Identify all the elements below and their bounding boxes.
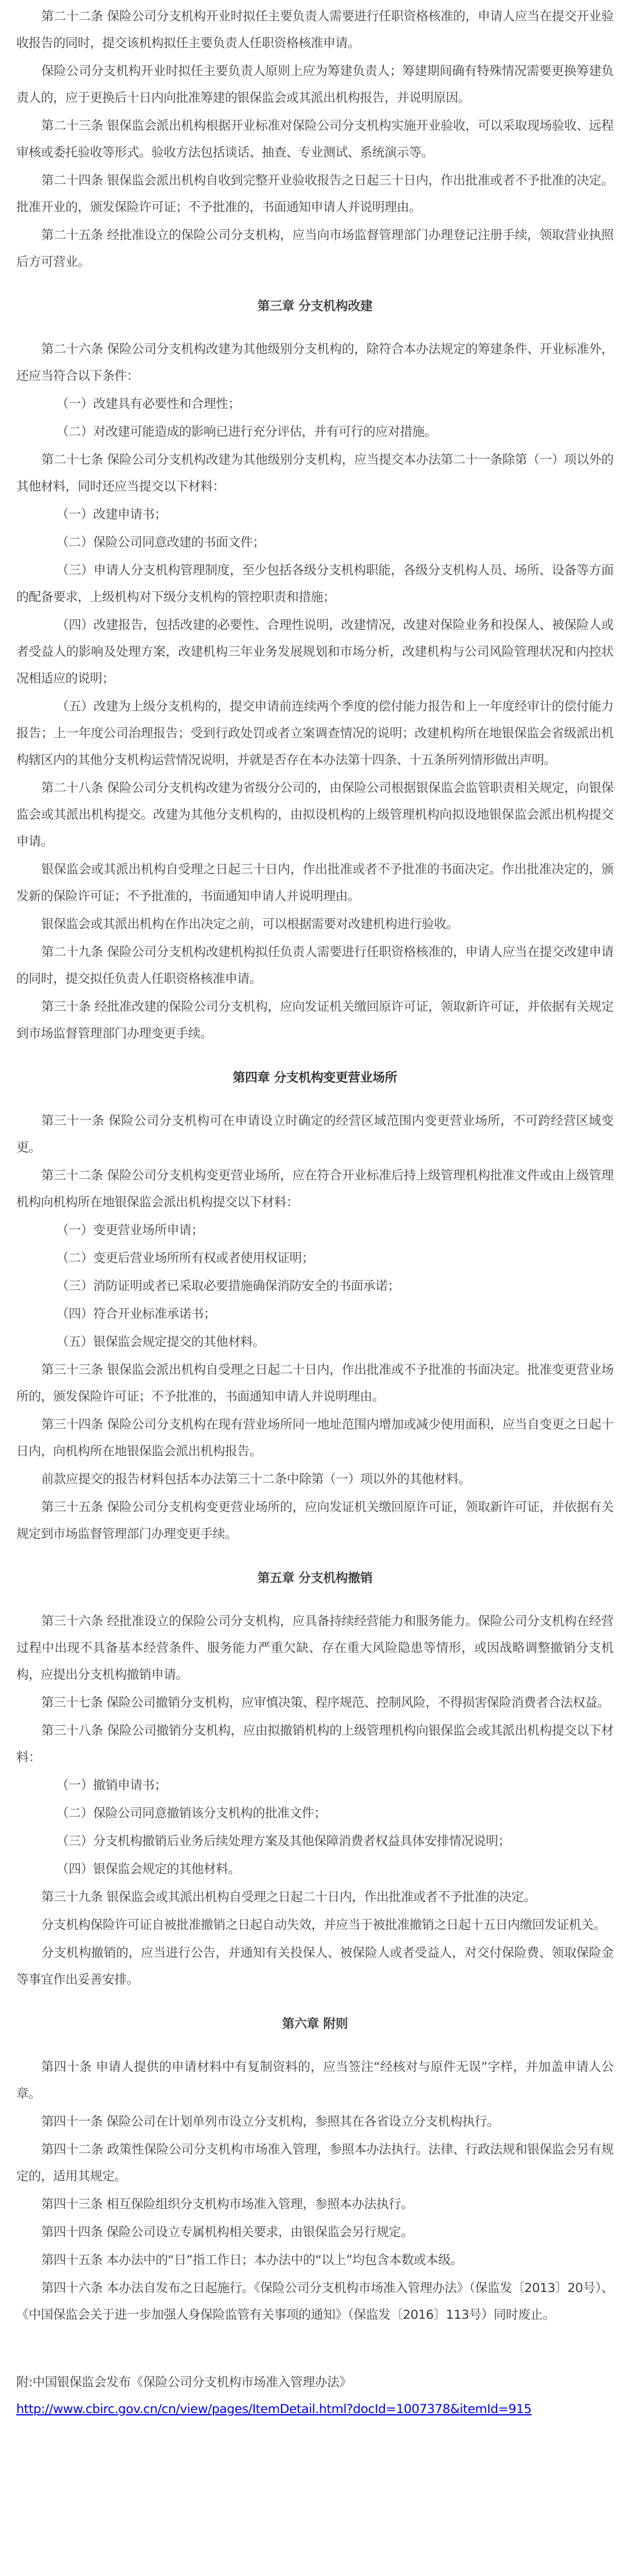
article-paragraph: 第三十四条 保险公司分支机构在现有营业场所同一地址范围内增加或减少使用面积，应当… [16, 1412, 614, 1465]
article-paragraph: 第二十三条 银保监会派出机构根据开业标准对保险公司分支机构实施开业验收，可以采取… [16, 113, 614, 166]
list-item: （五）改建为上级分支机构的，提交申请前连续两个季度的偿付能力报告和上一年度经审计… [16, 694, 614, 774]
list-item: （四）改建报告，包括改建的必要性、合理性说明，改建情况，改建对保险业务和投保人、… [16, 612, 614, 692]
article-paragraph: 第二十七条 保险公司分支机构改建为其他级别分支机构，应当提交本办法第二十一条除第… [16, 447, 614, 500]
article-paragraph: 第二十二条 保险公司分支机构开业时拟任主要负责人需要进行任职资格核准的，申请人应… [16, 3, 614, 57]
article-paragraph: 第四十四条 保险公司设立专属机构相关要求，由银保监会另行规定。 [16, 2219, 614, 2246]
list-item: （三）申请人分支机构管理制度，至少包括各级分支机构职能，各级分支机构人员、场所、… [16, 557, 614, 611]
chapter-heading: 第四章 分支机构变更营业场所 [16, 1065, 614, 1092]
article-paragraph: 保险公司分支机构开业时拟任主要负责人原则上应为筹建负责人；筹建期间确有特殊情况需… [16, 58, 614, 112]
list-item: （二）保险公司同意改建的书面文件； [16, 530, 614, 556]
article-paragraph: 第四十一条 保险公司在计划单列市设立分支机构，参照其在各省设立分支机构执行。 [16, 2109, 614, 2136]
list-item: （一）改建具有必要性和合理性； [16, 391, 614, 418]
article-paragraph: 第三十六条 经批准设立的保险公司分支机构，应具备持续经营能力和服务能力。保险公司… [16, 1608, 614, 1689]
list-item: （二）对改建可能造成的影响已进行充分评估，并有可行的应对措施。 [16, 419, 614, 446]
article-paragraph: 第四十三条 相互保险组织分支机构市场准入管理，参照本办法执行。 [16, 2191, 614, 2218]
article-paragraph: 分支机构撤销的，应当进行公告，并通知有关投保人、被保险人或者受益人，对交付保险费… [16, 1940, 614, 1994]
list-item: （三）分支机构撤销后业务后续处理方案及其他保障消费者权益具体安排情况说明； [16, 1828, 614, 1855]
list-item: （五）银保监会规定提交的其他材料。 [16, 1329, 614, 1356]
article-paragraph: 第四十五条 本办法中的“日”指工作日；本办法中的“以上”均包含本数或本级。 [16, 2247, 614, 2274]
article-paragraph: 第三十一条 保险公司分支机构可在申请设立时确定的经营区域范围内变更营业场所，不可… [16, 1108, 614, 1161]
article-paragraph: 第二十九条 保险公司分支机构改建机构拟任负责人需要进行任职资格核准的，申请人应当… [16, 939, 614, 993]
article-paragraph: 第三十二条 保险公司分支机构变更营业场所，应在符合开业标准后持上级管理机构批准文… [16, 1163, 614, 1216]
article-paragraph: 第三十条 经批准改建的保险公司分支机构，应向发证机关缴回原许可证，领取新许可证，… [16, 994, 614, 1047]
list-item: （四）银保监会规定的其他材料。 [16, 1856, 614, 1883]
list-item: （一）变更营业场所申请； [16, 1217, 614, 1244]
article-paragraph: 第三十八条 保险公司撤销分支机构，应由拟撤销机构的上级管理机构向银保监会或其派出… [16, 1718, 614, 1771]
list-item: （一）撤销申请书； [16, 1772, 614, 1799]
document-body: 第二十二条 保险公司分支机构开业时拟任主要负责人需要进行任职资格核准的，申请人应… [0, 0, 631, 2458]
article-paragraph: 分支机构保险许可证自被批准撤销之日起自动失效，并应当于被批准撤销之日起十五日内缴… [16, 1912, 614, 1939]
article-paragraph: 第四十六条 本办法自发布之日起施行。《保险公司分支机构市场准入管理办法》（保监发… [16, 2275, 614, 2329]
article-paragraph: 第三十三条 银保监会派出机构自受理之日起二十日内，作出批准或不予批准的书面决定。… [16, 1357, 614, 1410]
article-paragraph: 前款应提交的报告材料包括本办法第三十二条中除第（一）项以外的其他材料。 [16, 1466, 614, 1493]
chapter-heading: 第三章 分支机构改建 [16, 293, 614, 320]
list-item: （二）保险公司同意撤销该分支机构的批准文件； [16, 1800, 614, 1827]
article-paragraph: 第四十二条 政策性保险公司分支机构市场准入管理，参照本办法执行。法律、行政法规和… [16, 2137, 614, 2190]
document-content: 第二十二条 保险公司分支机构开业时拟任主要负责人需要进行任职资格核准的，申请人应… [16, 3, 614, 2329]
list-item: （一）改建申请书； [16, 502, 614, 528]
article-paragraph: 银保监会或其派出机构在作出决定之前，可以根据需要对改建机构进行验收。 [16, 911, 614, 938]
article-paragraph: 第三十五条 保险公司分支机构变更营业场所的，应向发证机关缴回原许可证，领取新许可… [16, 1494, 614, 1548]
article-paragraph: 银保监会或其派出机构自受理之日起三十日内，作出批准或者不予批准的书面决定。作出批… [16, 857, 614, 910]
article-paragraph: 第二十五条 经批准设立的保险公司分支机构，应当向市场监督管理部门办理登记注册手续… [16, 222, 614, 276]
list-item: （二）变更后营业场所所有权或者使用权证明； [16, 1245, 614, 1272]
article-paragraph: 第三十七条 保险公司撤销分支机构，应审慎决策、程序规范、控制风险，不得损害保险消… [16, 1690, 614, 1717]
attachment-label: 附:中国银保监会发布《保险公司分支机构市场准入管理办法》 [16, 2369, 614, 2396]
source-link[interactable]: http://www.cbirc.gov.cn/cn/view/pages/It… [16, 2396, 532, 2423]
chapter-heading: 第五章 分支机构撤销 [16, 1565, 614, 1592]
article-paragraph: 第二十六条 保险公司分支机构改建为其他级别分支机构的，除符合本办法规定的筹建条件… [16, 336, 614, 390]
article-paragraph: 第四十条 申请人提供的申请材料中有复制资料的，应当签注“经核对与原件无误”字样，… [16, 2054, 614, 2108]
list-item: （四）符合开业标准承诺书； [16, 1301, 614, 1328]
article-paragraph: 第二十四条 银保监会派出机构自收到完整开业验收报告之日起三十日内，作出批准或者不… [16, 168, 614, 221]
article-paragraph: 第二十八条 保险公司分支机构改建为省级分公司的，由保险公司根据银保监会监管职责相… [16, 775, 614, 855]
chapter-heading: 第六章 附则 [16, 2011, 614, 2038]
list-item: （三）消防证明或者已采取必要措施确保消防安全的书面承诺； [16, 1273, 614, 1300]
article-paragraph: 第三十九条 银保监会或其派出机构自受理之日起二十日内，作出批准或者不予批准的决定… [16, 1884, 614, 1911]
